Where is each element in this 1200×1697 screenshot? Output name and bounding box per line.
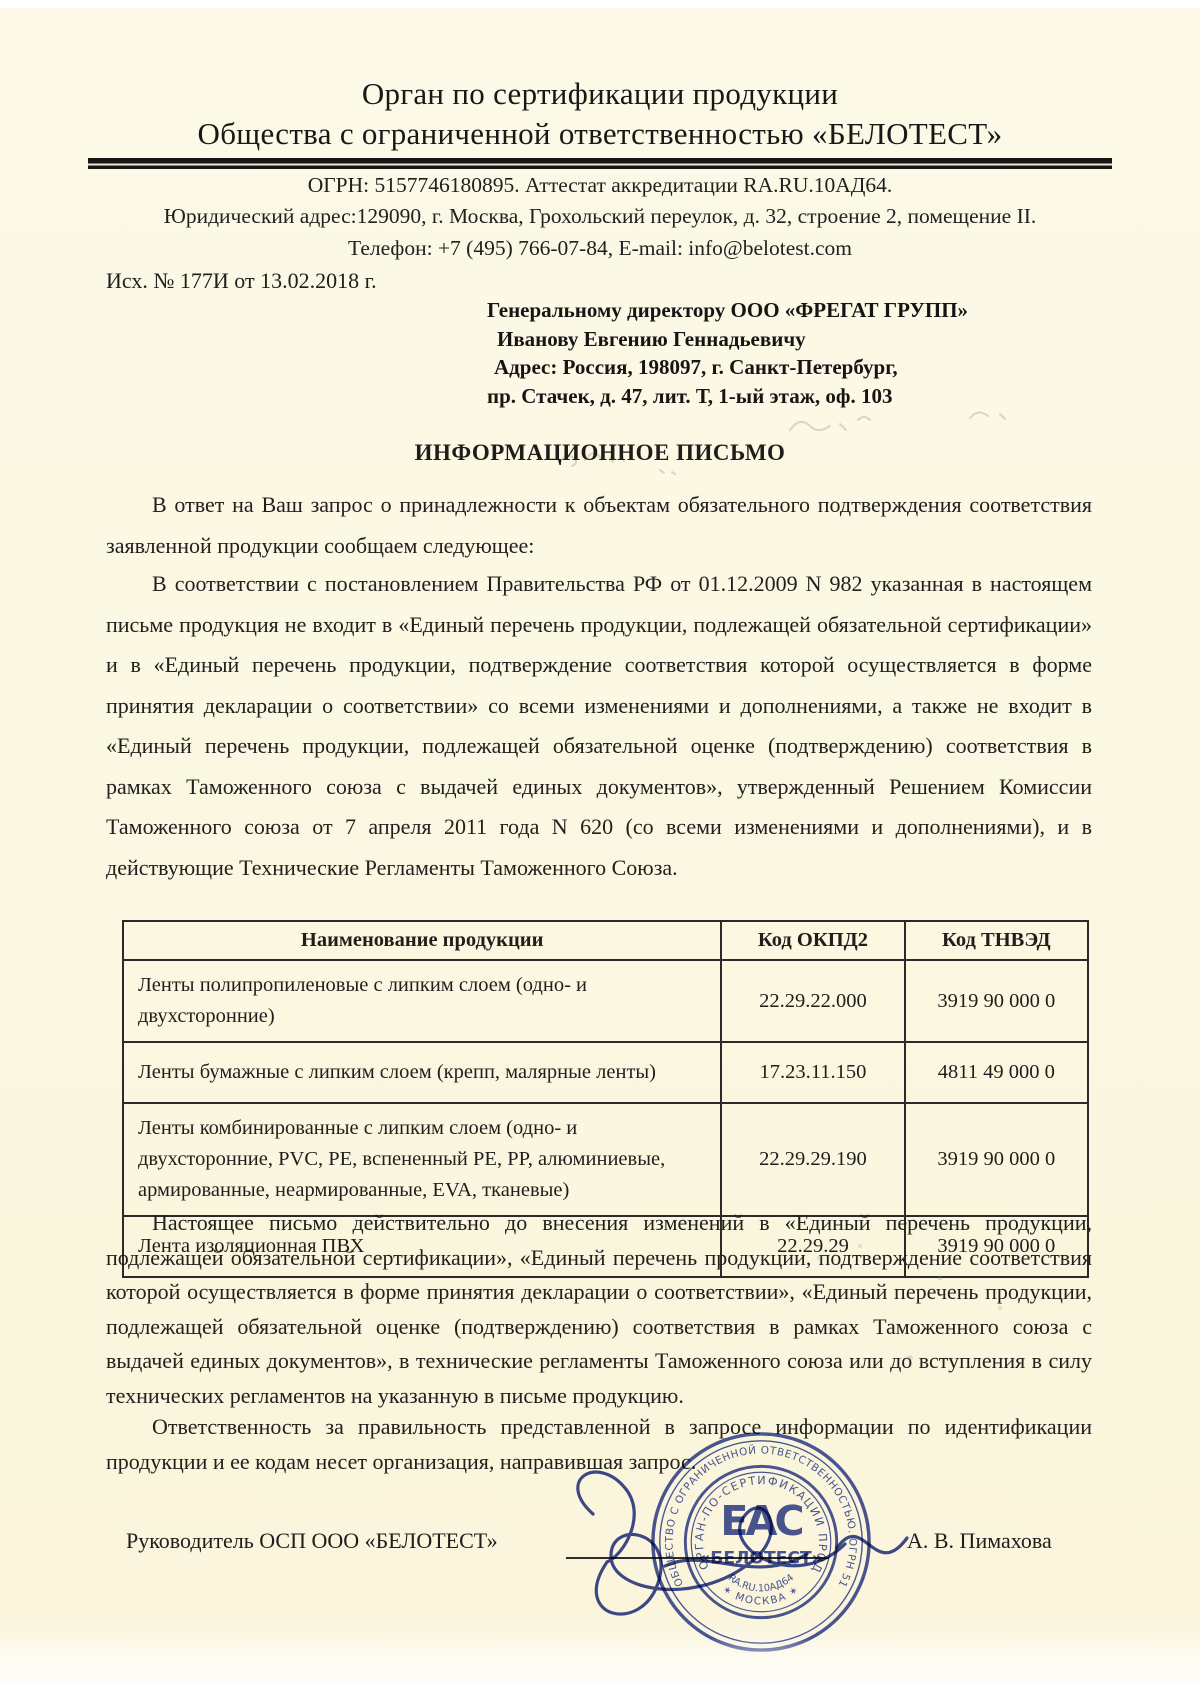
okpd2-cell: 22.29.22.000 [721, 960, 904, 1042]
document-title: ИНФОРМАЦИОННОЕ ПИСЬМО [0, 440, 1200, 466]
handwritten-signature [545, 1396, 945, 1658]
product-name-cell: Ленты бумажные с липким слоем (крепп, ма… [123, 1042, 721, 1103]
product-name-cell: Ленты комбинированные с липким слоем (од… [123, 1103, 721, 1216]
table-row: Ленты комбинированные с липким слоем (од… [123, 1103, 1088, 1216]
okpd2-cell: 17.23.11.150 [721, 1042, 904, 1103]
letterhead-title-line1: Орган по сертификации продукции [0, 76, 1200, 112]
okpd2-cell: 22.29.29.190 [721, 1103, 904, 1216]
recipient-line4: пр. Стачек, д. 47, лит. Т, 1-ый этаж, оф… [487, 382, 968, 411]
paragraph-validity: Настоящее письмо действительно до внесен… [106, 1206, 1092, 1413]
outgoing-reference: Исх. № 177И от 13.02.2018 г. [106, 268, 377, 294]
letterhead-address: Юридический адрес:129090, г. Москва, Гро… [0, 204, 1200, 229]
tnved-cell: 4811 49 000 0 [905, 1042, 1088, 1103]
table-row: Ленты полипропиленовые с липким слоем (о… [123, 960, 1088, 1042]
scan-bottom-fade [0, 1638, 1200, 1682]
tnved-cell: 3919 90 000 0 [905, 960, 1088, 1042]
recipient-line2: Иванову Евгению Геннадьевичу [497, 325, 968, 354]
product-name-cell: Ленты полипропиленовые с липким слоем (о… [123, 960, 721, 1042]
letterhead-rule [88, 158, 1112, 169]
scanned-letter-page: { "page": { "header": { "title_line1": "… [0, 0, 1200, 1697]
col-header-product-name: Наименование продукции [123, 921, 721, 960]
recipient-line1: Генеральному директору ООО «ФРЕГАТ ГРУПП… [487, 296, 968, 325]
paper-sheet: Орган по сертификации продукции Общества… [0, 8, 1200, 1682]
recipient-block: Генеральному директору ООО «ФРЕГАТ ГРУПП… [487, 296, 968, 410]
signatory-position-label: Руководитель ОСП ООО «БЕЛОТЕСТ» [126, 1528, 498, 1554]
letterhead-contact: Телефон: +7 (495) 766-07-84, E-mail: inf… [0, 236, 1200, 261]
paragraph-intro: В ответ на Ваш запрос о принадлежности к… [106, 485, 1092, 566]
recipient-line3: Адрес: Россия, 198097, г. Санкт-Петербур… [494, 353, 968, 382]
table-header-row: Наименование продукции Код ОКПД2 Код ТНВ… [123, 921, 1088, 960]
col-header-tnved: Код ТНВЭД [905, 921, 1088, 960]
table-row: Ленты бумажные с липким слоем (крепп, ма… [123, 1042, 1088, 1103]
letterhead-title-line2: Общества с ограниченной ответственностью… [0, 116, 1200, 152]
tnved-cell: 3919 90 000 0 [905, 1103, 1088, 1216]
col-header-okpd2: Код ОКПД2 [721, 921, 904, 960]
letterhead-ogrn: ОГРН: 5157746180895. Аттестат аккредитац… [0, 173, 1200, 198]
paragraph-regulations: В соответствии с постановлением Правител… [106, 564, 1092, 888]
